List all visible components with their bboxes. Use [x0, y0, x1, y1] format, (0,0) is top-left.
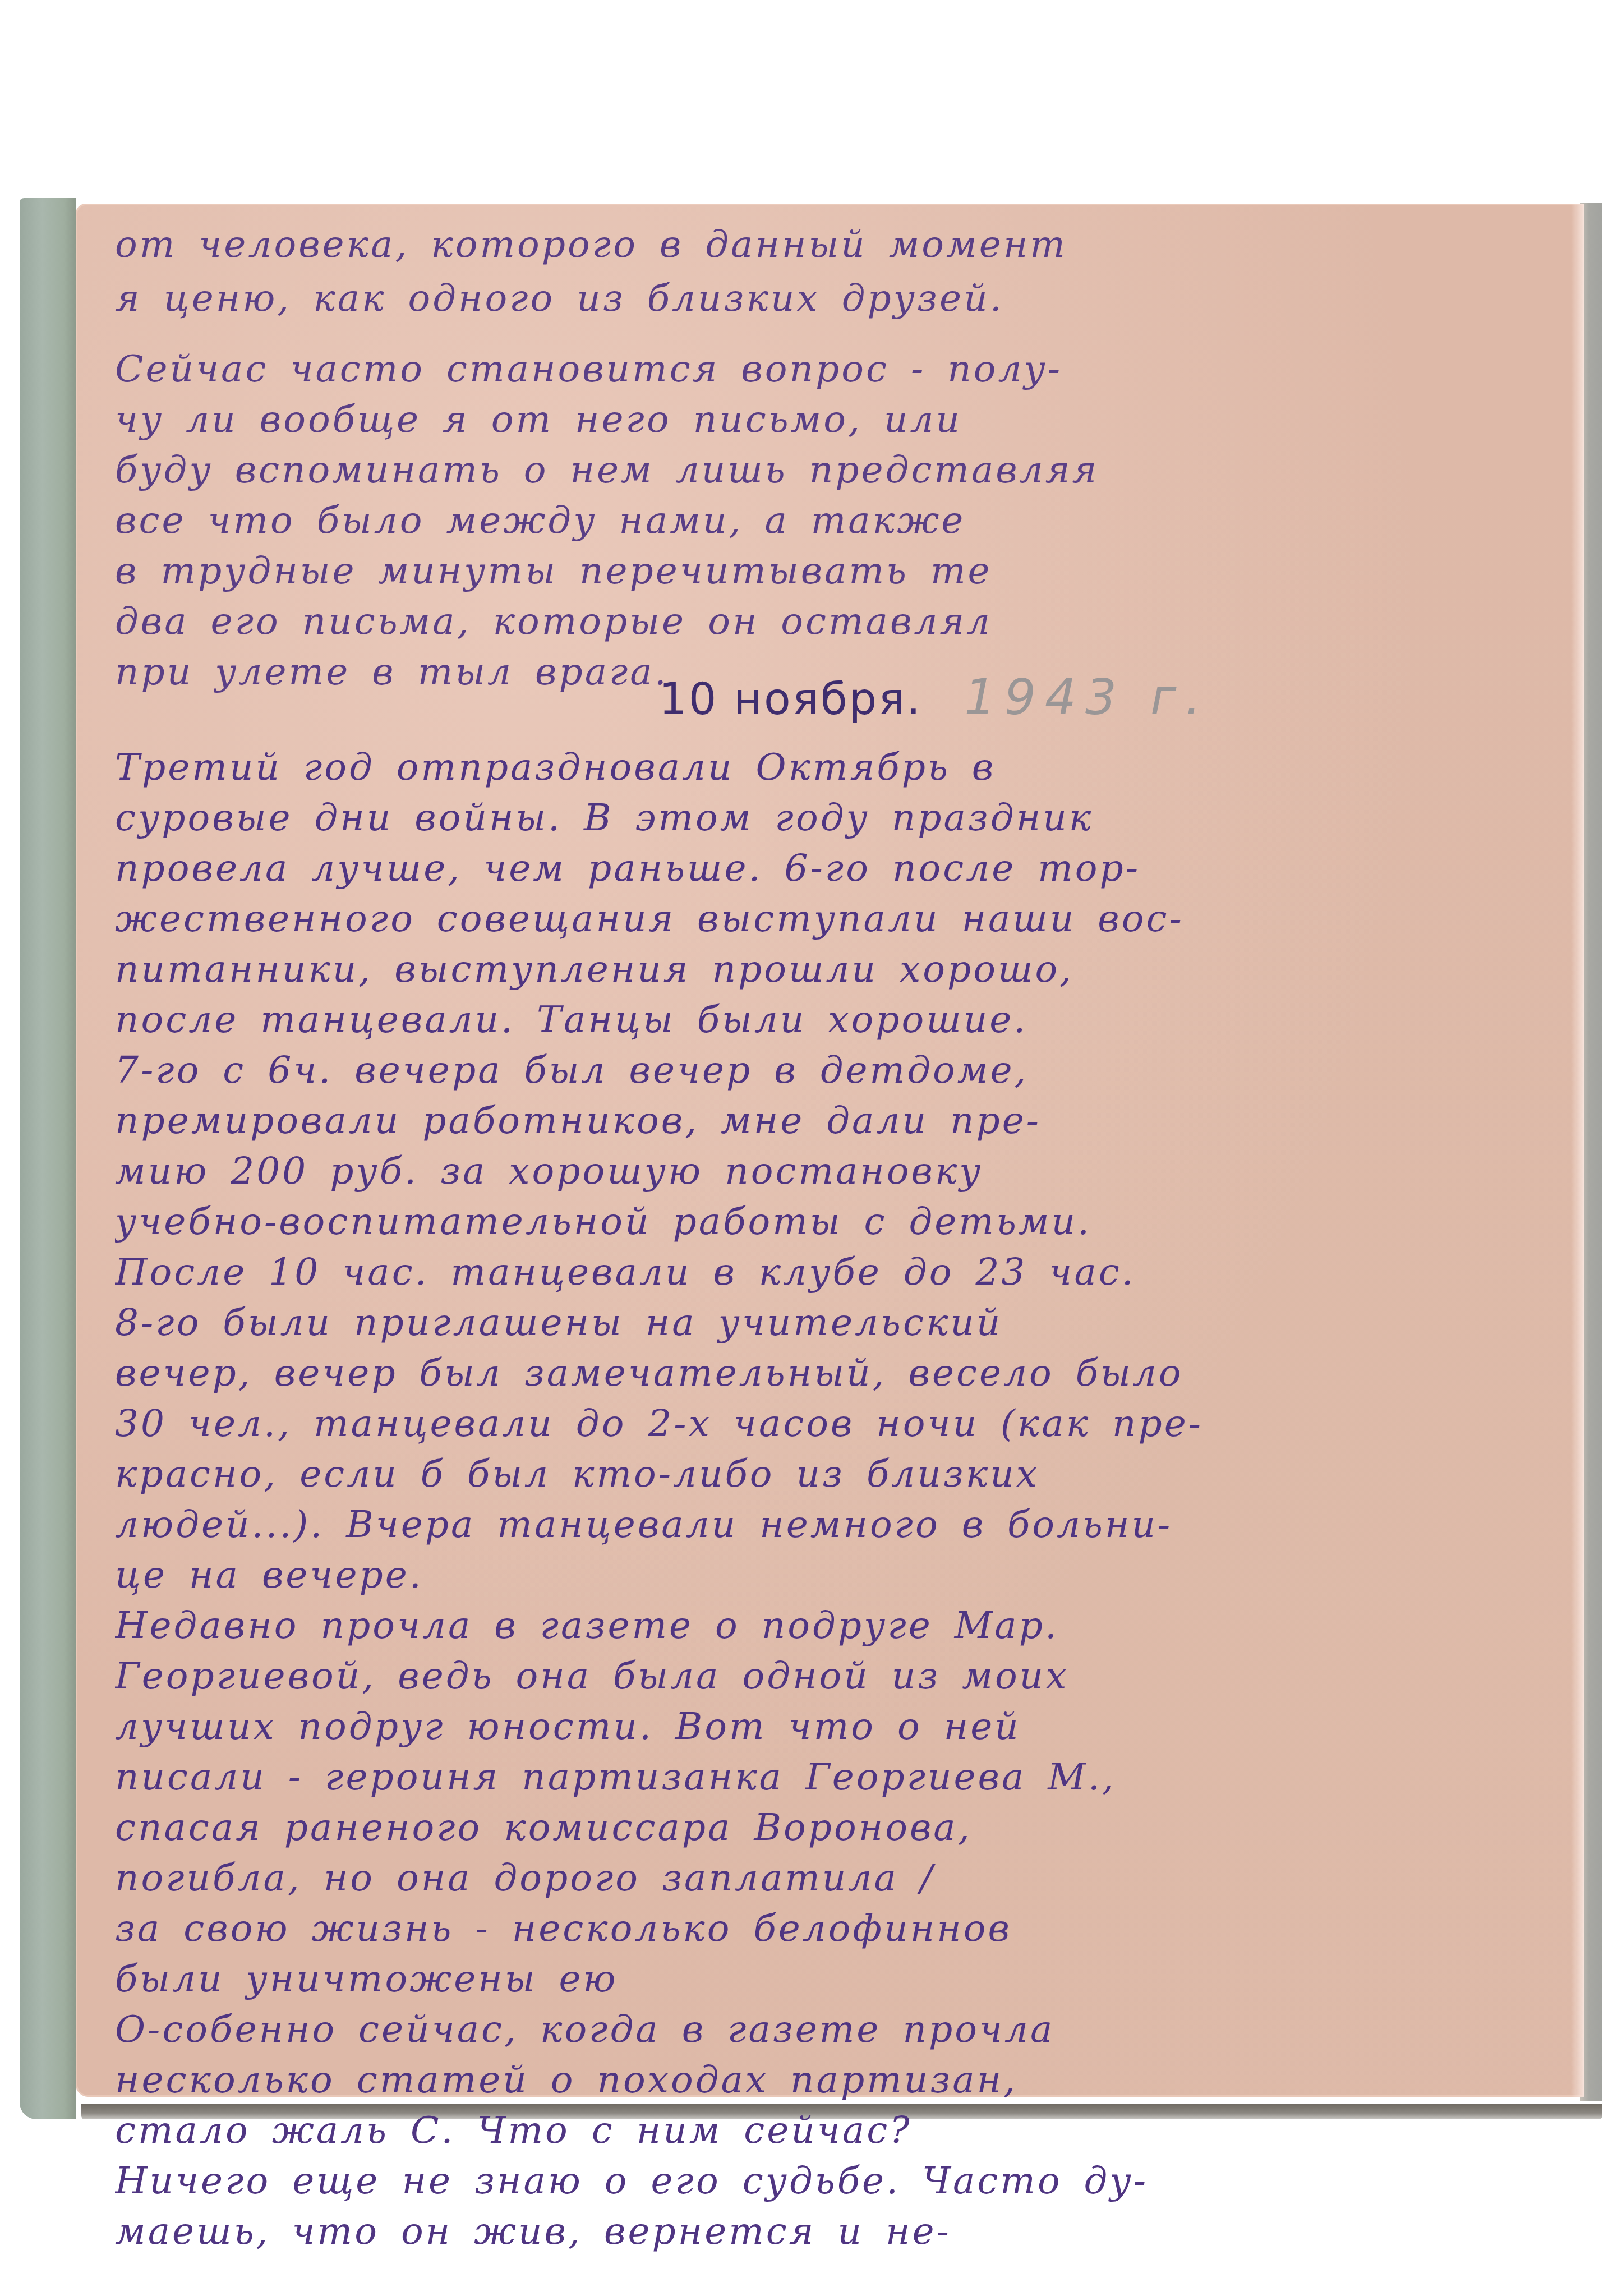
- entry-year-pencil: 1943 г.: [964, 668, 1210, 726]
- text-line: два его письма, которые он оставлял: [115, 596, 1551, 647]
- text-line: 8-го были приглашены на учительский: [115, 1297, 1551, 1348]
- text-line: писали - героиня партизанка Георгиева М.…: [115, 1752, 1551, 1802]
- text-line: спасая раненого комиссара Воронова,: [115, 1802, 1551, 1853]
- text-line: учебно-воспитательной работы с детьми.: [115, 1197, 1551, 1247]
- text-line: 30 чел., танцевали до 2-х часов ночи (ка…: [115, 1398, 1551, 1449]
- paper-sheet: от человека, которого в данный момент я …: [76, 204, 1584, 2097]
- text-line: я ценю, как одного из близких друзей.: [115, 272, 1551, 325]
- text-line: це на вечере.: [115, 1550, 1551, 1600]
- text-line: вечер, вечер был замечательный, весело б…: [115, 1348, 1551, 1398]
- text-line: погибла, но она дорого заплатила /: [115, 1853, 1551, 1903]
- text-line: провела лучше, чем раньше. 6-го после то…: [115, 843, 1551, 894]
- text-line: лучших подруг юности. Вот что о ней: [115, 1701, 1551, 1752]
- text-line: Георгиевой, ведь она была одной из моих: [115, 1651, 1551, 1701]
- notebook-spine: [20, 198, 76, 2119]
- text-line: были уничтожены ею: [115, 1954, 1551, 2004]
- text-line: суровые дни войны. В этом году праздник: [115, 793, 1551, 843]
- text-line: премировали работников, мне дали пре-: [115, 1096, 1551, 1146]
- entry-date: 10 ноября.: [659, 674, 922, 725]
- text-line: за свою жизнь - несколько белофиннов: [115, 1903, 1551, 1954]
- text-line: питанники, выступления прошли хорошо,: [115, 944, 1551, 995]
- text-line: от человека, которого в данный момент: [115, 218, 1551, 272]
- text-line: людей...). Вчера танцевали немного в бол…: [115, 1499, 1551, 1550]
- text-line: жественного совещания выступали наши вос…: [115, 894, 1551, 944]
- text-line: буду вспоминать о нем лишь представляя: [115, 445, 1551, 495]
- text-line: Третий год отпраздновали Октябрь в: [115, 742, 1551, 793]
- notebook-page: от человека, которого в данный момент я …: [20, 198, 1602, 2119]
- continuation-text: от человека, которого в данный момент я …: [115, 218, 1551, 325]
- text-line: Недавно прочла в газете о подруге Мар.: [115, 1600, 1551, 1651]
- text-line: в трудные минуты перечитывать те: [115, 546, 1551, 596]
- text-line: О-собенно сейчас, когда в газете прочла: [115, 2004, 1551, 2055]
- text-line: все что было между нами, а также: [115, 495, 1551, 546]
- entry-body: Третий год отпраздновали Октябрь в суров…: [115, 742, 1551, 2257]
- text-line: красно, если б был кто-либо из близких: [115, 1449, 1551, 1499]
- text-line: чу ли вообще я от него письмо, или: [115, 394, 1551, 445]
- text-line: стало жаль С. Что с ним сейчас?: [115, 2105, 1551, 2156]
- text-line: 7-го с 6ч. вечера был вечер в детдоме,: [115, 1045, 1551, 1096]
- text-line: несколько статей о походах партизан,: [115, 2055, 1551, 2105]
- paragraph-question: Сейчас часто становится вопрос - полу- ч…: [115, 344, 1551, 697]
- entry-date-heading: 10 ноября. 1943 г.: [659, 658, 1210, 737]
- text-line: Сейчас часто становится вопрос - полу-: [115, 344, 1551, 394]
- text-line: маешь, что он жив, вернется и не-: [115, 2206, 1551, 2257]
- text-line: мию 200 руб. за хорошую постановку: [115, 1146, 1551, 1197]
- text-line: после танцевали. Танцы были хорошие.: [115, 995, 1551, 1045]
- text-line: После 10 час. танцевали в клубе до 23 ча…: [115, 1247, 1551, 1297]
- text-line: Ничего еще не знаю о его судьбе. Часто д…: [115, 2156, 1551, 2206]
